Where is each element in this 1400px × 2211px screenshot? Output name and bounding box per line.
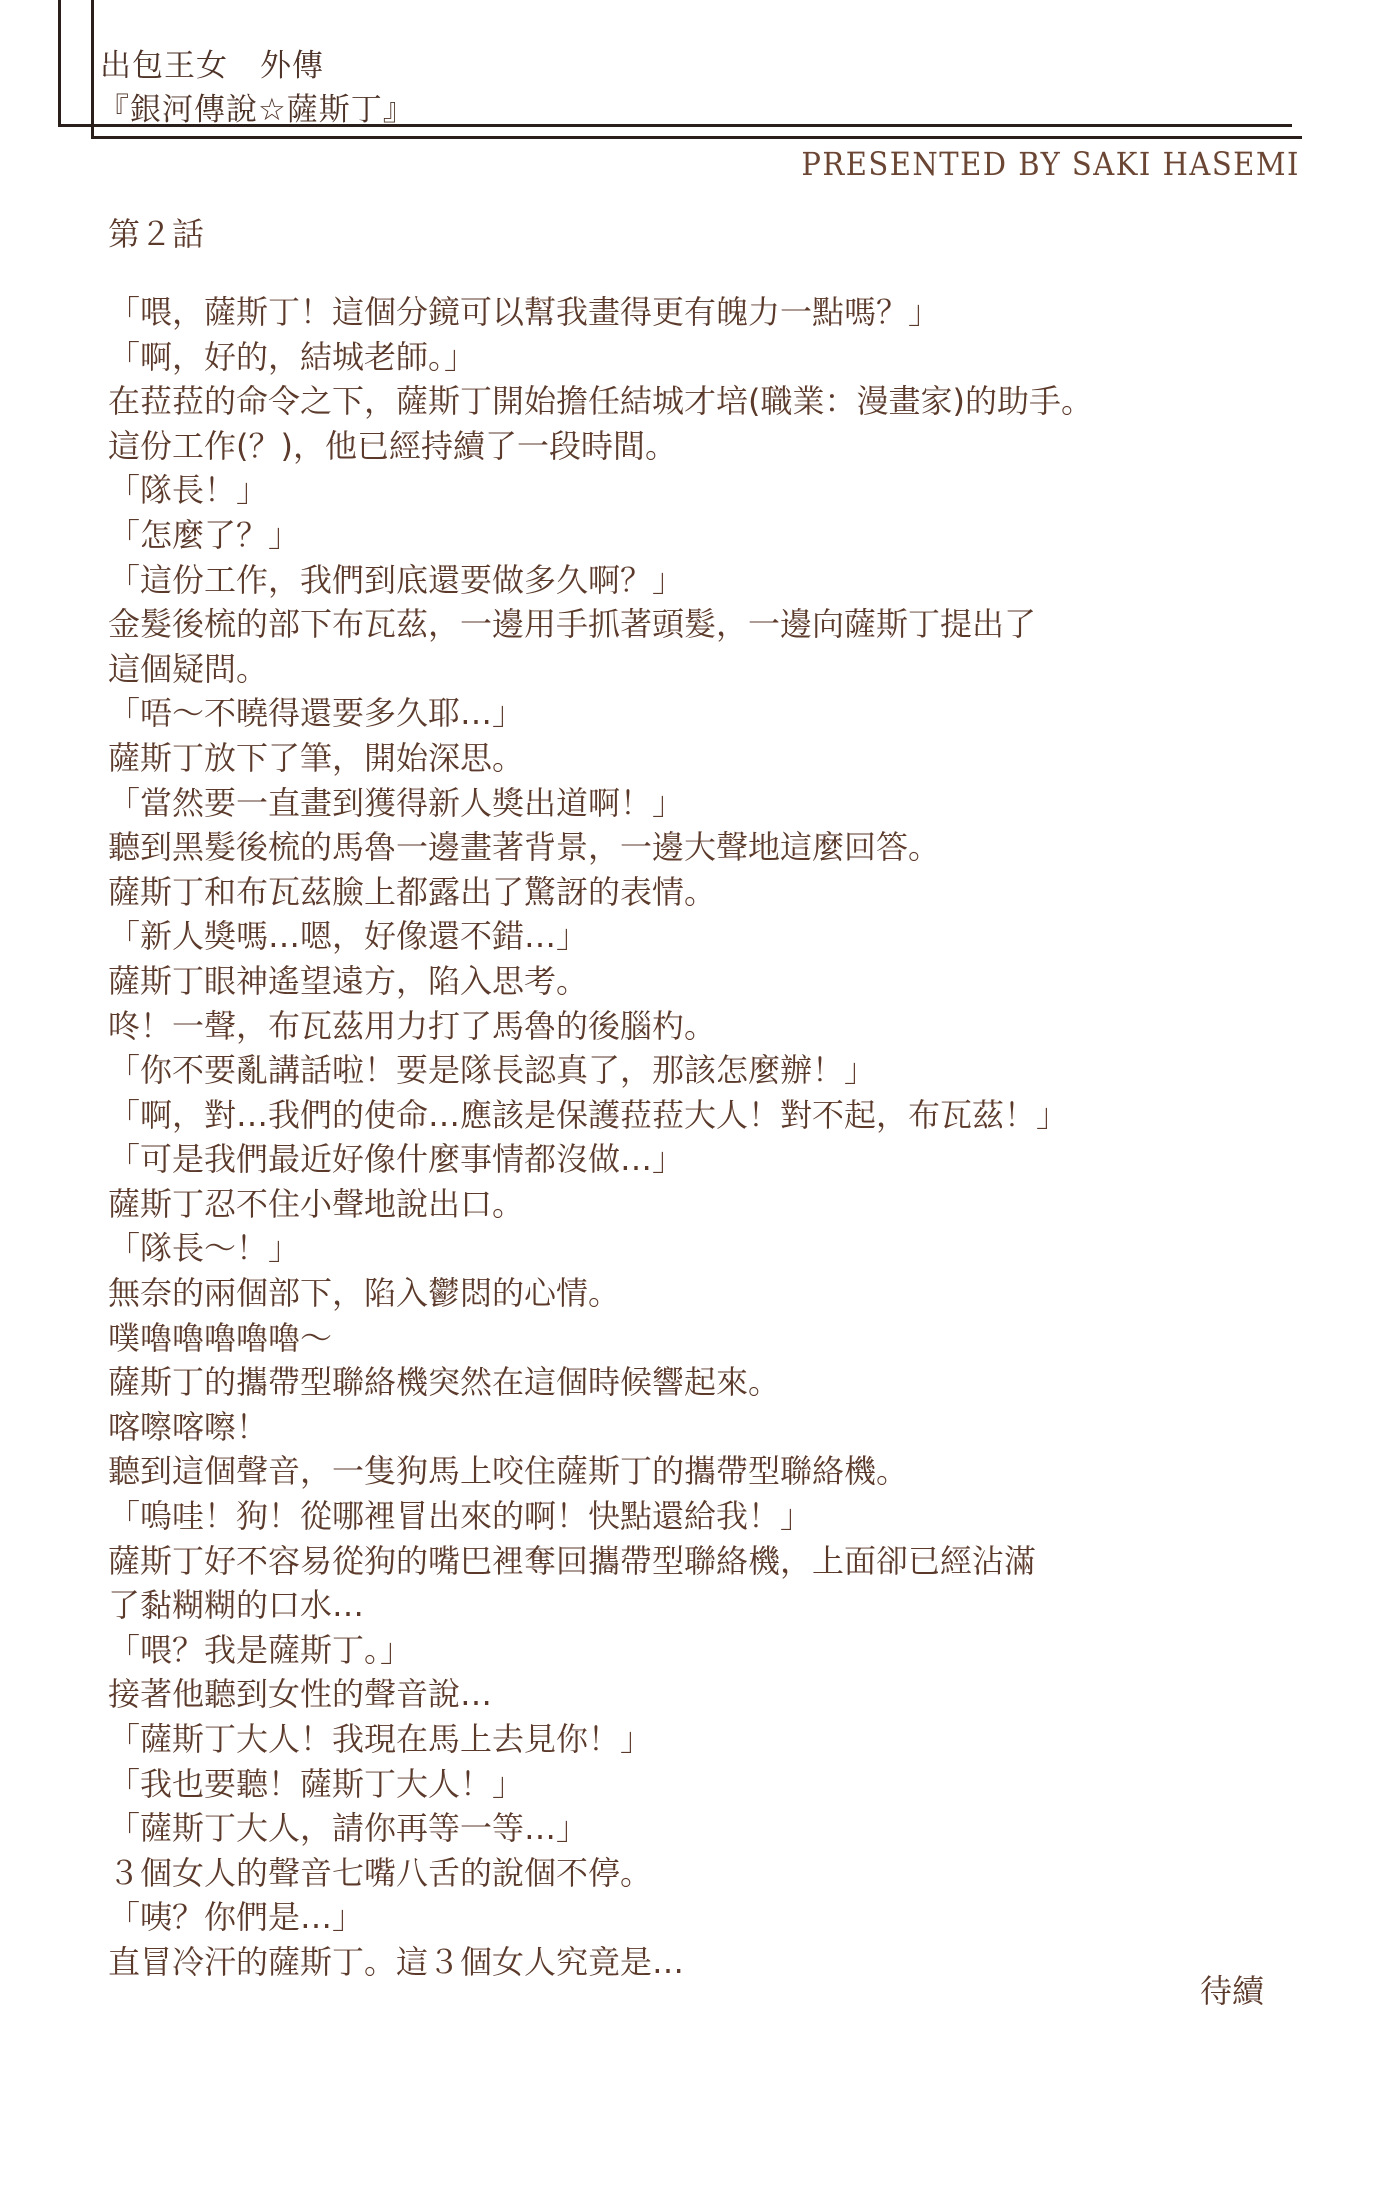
story-line: 「我也要聽！薩斯丁大人！」 xyxy=(108,1762,1308,1807)
story-line: 金髮後梳的部下布瓦茲，一邊用手抓著頭髮，一邊向薩斯丁提出了 xyxy=(108,602,1308,647)
story-line: 薩斯丁眼神遙望遠方，陷入思考。 xyxy=(108,959,1308,1004)
story-line: 「可是我們最近好像什麼事情都沒做…」 xyxy=(108,1137,1308,1182)
story-line: 在菈菈的命令之下，薩斯丁開始擔任結城才培(職業：漫畫家)的助手。 xyxy=(108,379,1308,424)
to-be-continued-label: 待續 xyxy=(1200,1966,1264,2012)
story-line: 薩斯丁忍不住小聲地說出口。 xyxy=(108,1182,1308,1227)
story-line: 「當然要一直畫到獲得新人獎出道啊！」 xyxy=(108,781,1308,826)
author-byline: PRESENTED BY SAKI HASEMI xyxy=(801,146,1300,183)
story-line: 接著他聽到女性的聲音說… xyxy=(108,1672,1308,1717)
story-line: 這份工作(？)，他已經持續了一段時間。 xyxy=(108,424,1308,469)
frame-outer-left-border xyxy=(58,0,61,126)
story-line: 薩斯丁的攜帶型聯絡機突然在這個時候響起來。 xyxy=(108,1360,1308,1405)
story-body: 「喂，薩斯丁！這個分鏡可以幫我畫得更有魄力一點嗎？」 「啊，好的，結城老師。」 … xyxy=(108,290,1308,1985)
story-line: 「啊，好的，結城老師。」 xyxy=(108,335,1308,380)
story-line: 這個疑問。 xyxy=(108,647,1308,692)
story-line: 「怎麼了？」 xyxy=(108,513,1308,558)
story-line: 「喂？我是薩斯丁。」 xyxy=(108,1628,1308,1673)
story-line: 聽到黑髮後梳的馬魯一邊畫著背景，一邊大聲地這麼回答。 xyxy=(108,825,1308,870)
story-line: 「這份工作，我們到底還要做多久啊？」 xyxy=(108,558,1308,603)
story-line: 了黏糊糊的口水… xyxy=(108,1583,1308,1628)
story-line: 聽到這個聲音，一隻狗馬上咬住薩斯丁的攜帶型聯絡機。 xyxy=(108,1449,1308,1494)
story-line: 「啊，對…我們的使命…應該是保護菈菈大人！對不起，布瓦茲！」 xyxy=(108,1093,1308,1138)
series-title: 出包王女 外傳 xyxy=(100,40,324,85)
story-line: 「喂，薩斯丁！這個分鏡可以幫我畫得更有魄力一點嗎？」 xyxy=(108,290,1308,335)
story-line: ３個女人的聲音七嘴八舌的說個不停。 xyxy=(108,1851,1308,1896)
frame-inner-left-border xyxy=(91,0,94,139)
story-line: 「你不要亂講話啦！要是隊長認真了，那該怎麼辦！」 xyxy=(108,1048,1308,1093)
story-line: 薩斯丁好不容易從狗的嘴巴裡奪回攜帶型聯絡機，上面卻已經沾滿 xyxy=(108,1539,1308,1584)
story-line: 無奈的兩個部下，陷入鬱悶的心情。 xyxy=(108,1271,1308,1316)
story-line: 「嗚哇！狗！從哪裡冒出來的啊！快點還給我！」 xyxy=(108,1494,1308,1539)
story-line: 薩斯丁放下了筆，開始深思。 xyxy=(108,736,1308,781)
work-title: 『銀河傳說☆薩斯丁』 xyxy=(98,84,415,129)
story-line: 直冒冷汗的薩斯丁。這３個女人究竟是… xyxy=(108,1940,1308,1985)
story-line: 「薩斯丁大人，請你再等一等…」 xyxy=(108,1806,1308,1851)
story-line: 「新人獎嗎…嗯，好像還不錯…」 xyxy=(108,914,1308,959)
story-line: 咚！一聲，布瓦茲用力打了馬魯的後腦杓。 xyxy=(108,1004,1308,1049)
story-line: 「隊長～！」 xyxy=(108,1226,1308,1271)
story-line: 「咦？你們是…」 xyxy=(108,1895,1308,1940)
frame-inner-bottom-border xyxy=(91,136,1302,139)
story-line: 「薩斯丁大人！我現在馬上去見你！」 xyxy=(108,1717,1308,1762)
story-line: 噗嚕嚕嚕嚕嚕～ xyxy=(108,1316,1308,1361)
story-line: 薩斯丁和布瓦茲臉上都露出了驚訝的表情。 xyxy=(108,870,1308,915)
story-line: 喀嚓喀嚓！ xyxy=(108,1405,1308,1450)
chapter-heading: 第２話 xyxy=(108,209,204,255)
story-line: 「唔～不曉得還要多久耶…」 xyxy=(108,691,1308,736)
story-line: 「隊長！」 xyxy=(108,468,1308,513)
